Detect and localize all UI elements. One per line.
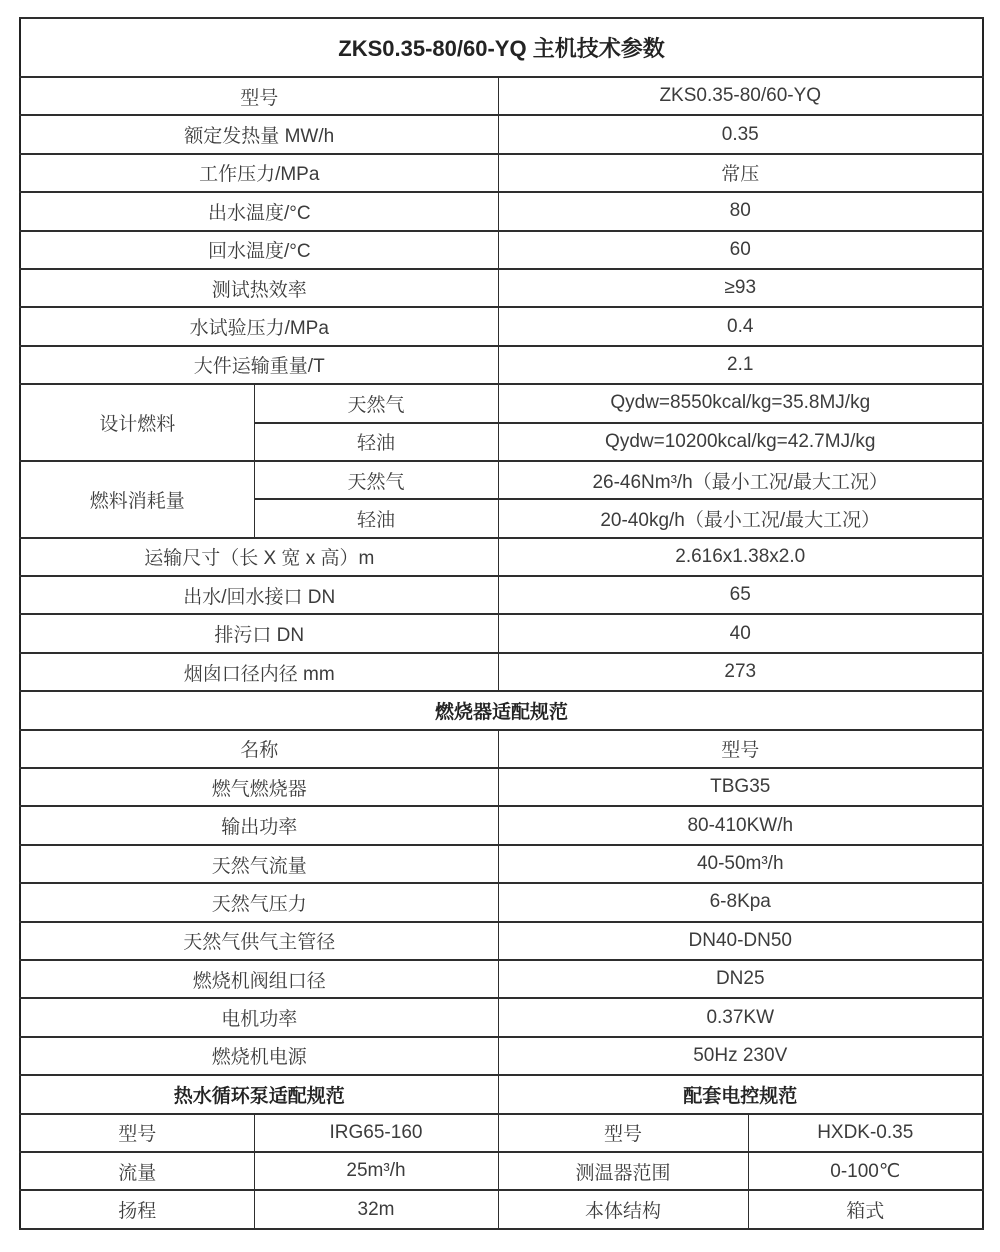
- param-value: 60: [498, 231, 983, 269]
- param-label: 燃气燃烧器: [20, 768, 498, 806]
- param-label: 天然气压力: [20, 883, 498, 921]
- fuel-sub-label: 天然气: [254, 384, 498, 422]
- control-label: 型号: [498, 1114, 748, 1152]
- param-label: 大件运输重量/T: [20, 346, 498, 384]
- table-row: 工作压力/MPa 常压: [20, 154, 983, 192]
- table-row: 电机功率 0.37KW: [20, 998, 983, 1036]
- table-row: 天然气流量 40-50m³/h: [20, 845, 983, 883]
- table-row: 型号 ZKS0.35-80/60-YQ: [20, 77, 983, 115]
- param-value: 40-50m³/h: [498, 845, 983, 883]
- control-section-header: 配套电控规范: [498, 1075, 983, 1113]
- spec-sheet: ZKS0.35-80/60-YQ 主机技术参数 型号 ZKS0.35-80/60…: [19, 17, 984, 1230]
- param-label: 水试验压力/MPa: [20, 307, 498, 345]
- table-row: 出水/回水接口 DN 65: [20, 576, 983, 614]
- table-title: ZKS0.35-80/60-YQ 主机技术参数: [20, 18, 983, 77]
- param-label: 额定发热量 MW/h: [20, 115, 498, 153]
- param-value: DN40-DN50: [498, 922, 983, 960]
- table-row: 额定发热量 MW/h 0.35: [20, 115, 983, 153]
- param-value: 0.35: [498, 115, 983, 153]
- param-label: 回水温度/°C: [20, 231, 498, 269]
- table-row: 出水温度/°C 80: [20, 192, 983, 230]
- table-row: 热水循环泵适配规范 配套电控规范: [20, 1075, 983, 1113]
- param-label: 运输尺寸（长 X 宽 x 高）m: [20, 538, 498, 576]
- param-value: ≥93: [498, 269, 983, 307]
- table-row: 输出功率 80-410KW/h: [20, 806, 983, 844]
- table-row: 大件运输重量/T 2.1: [20, 346, 983, 384]
- table-row: 烟囱口径内径 mm 273: [20, 653, 983, 691]
- param-value: 2.616x1.38x2.0: [498, 538, 983, 576]
- pump-section-header: 热水循环泵适配规范: [20, 1075, 498, 1113]
- table-row: 燃烧机电源 50Hz 230V: [20, 1037, 983, 1075]
- control-label: 本体结构: [498, 1190, 748, 1228]
- table-row: 扬程 32m 本体结构 箱式: [20, 1190, 983, 1228]
- param-label: 天然气供气主管径: [20, 922, 498, 960]
- param-value: ZKS0.35-80/60-YQ: [498, 77, 983, 115]
- param-value: 2.1: [498, 346, 983, 384]
- table-row: 测试热效率 ≥93: [20, 269, 983, 307]
- param-value: 0.4: [498, 307, 983, 345]
- pump-label: 扬程: [20, 1190, 254, 1228]
- table-row: 天然气压力 6-8Kpa: [20, 883, 983, 921]
- table-row: 燃烧器适配规范: [20, 691, 983, 729]
- param-label: 排污口 DN: [20, 614, 498, 652]
- param-value: 80: [498, 192, 983, 230]
- burner-section-header: 燃烧器适配规范: [20, 691, 983, 729]
- table-row: 回水温度/°C 60: [20, 231, 983, 269]
- param-label: 天然气流量: [20, 845, 498, 883]
- param-value: 6-8Kpa: [498, 883, 983, 921]
- fuel-sub-label: 轻油: [254, 499, 498, 537]
- fuel-value: 20-40kg/h（最小工况/最大工况）: [498, 499, 983, 537]
- param-label: 燃烧机电源: [20, 1037, 498, 1075]
- pump-value: 32m: [254, 1190, 498, 1228]
- table-row: 排污口 DN 40: [20, 614, 983, 652]
- table-row: 设计燃料 天然气 Qydw=8550kcal/kg=35.8MJ/kg: [20, 384, 983, 422]
- control-value: HXDK-0.35: [748, 1114, 983, 1152]
- table-row: 燃料消耗量 天然气 26-46Nm³/h（最小工况/最大工况）: [20, 461, 983, 499]
- param-label: 出水/回水接口 DN: [20, 576, 498, 614]
- param-value: 型号: [498, 730, 983, 768]
- table-row: 水试验压力/MPa 0.4: [20, 307, 983, 345]
- table-row: 名称 型号: [20, 730, 983, 768]
- spec-table: ZKS0.35-80/60-YQ 主机技术参数 型号 ZKS0.35-80/60…: [19, 17, 984, 1230]
- pump-label: 流量: [20, 1152, 254, 1190]
- param-value: 0.37KW: [498, 998, 983, 1036]
- fuel-group-label: 设计燃料: [20, 384, 254, 461]
- param-value: 65: [498, 576, 983, 614]
- pump-label: 型号: [20, 1114, 254, 1152]
- param-value: 50Hz 230V: [498, 1037, 983, 1075]
- param-label: 电机功率: [20, 998, 498, 1036]
- param-value: TBG35: [498, 768, 983, 806]
- param-value: 40: [498, 614, 983, 652]
- control-label: 测温器范围: [498, 1152, 748, 1190]
- pump-value: 25m³/h: [254, 1152, 498, 1190]
- param-label: 工作压力/MPa: [20, 154, 498, 192]
- fuel-group-label: 燃料消耗量: [20, 461, 254, 538]
- table-row: 天然气供气主管径 DN40-DN50: [20, 922, 983, 960]
- param-value: DN25: [498, 960, 983, 998]
- fuel-sub-label: 天然气: [254, 461, 498, 499]
- table-row: 燃烧机阀组口径 DN25: [20, 960, 983, 998]
- param-value: 273: [498, 653, 983, 691]
- table-row: ZKS0.35-80/60-YQ 主机技术参数: [20, 18, 983, 77]
- param-label: 输出功率: [20, 806, 498, 844]
- table-row: 型号 IRG65-160 型号 HXDK-0.35: [20, 1114, 983, 1152]
- param-label: 出水温度/°C: [20, 192, 498, 230]
- table-row: 燃气燃烧器 TBG35: [20, 768, 983, 806]
- control-value: 0-100℃: [748, 1152, 983, 1190]
- fuel-value: 26-46Nm³/h（最小工况/最大工况）: [498, 461, 983, 499]
- table-row: 运输尺寸（长 X 宽 x 高）m 2.616x1.38x2.0: [20, 538, 983, 576]
- param-label: 型号: [20, 77, 498, 115]
- param-label: 烟囱口径内径 mm: [20, 653, 498, 691]
- control-value: 箱式: [748, 1190, 983, 1228]
- fuel-value: Qydw=8550kcal/kg=35.8MJ/kg: [498, 384, 983, 422]
- fuel-value: Qydw=10200kcal/kg=42.7MJ/kg: [498, 423, 983, 461]
- param-label: 测试热效率: [20, 269, 498, 307]
- param-value: 常压: [498, 154, 983, 192]
- param-value: 80-410KW/h: [498, 806, 983, 844]
- param-label: 燃烧机阀组口径: [20, 960, 498, 998]
- param-label: 名称: [20, 730, 498, 768]
- fuel-sub-label: 轻油: [254, 423, 498, 461]
- table-row: 流量 25m³/h 测温器范围 0-100℃: [20, 1152, 983, 1190]
- pump-value: IRG65-160: [254, 1114, 498, 1152]
